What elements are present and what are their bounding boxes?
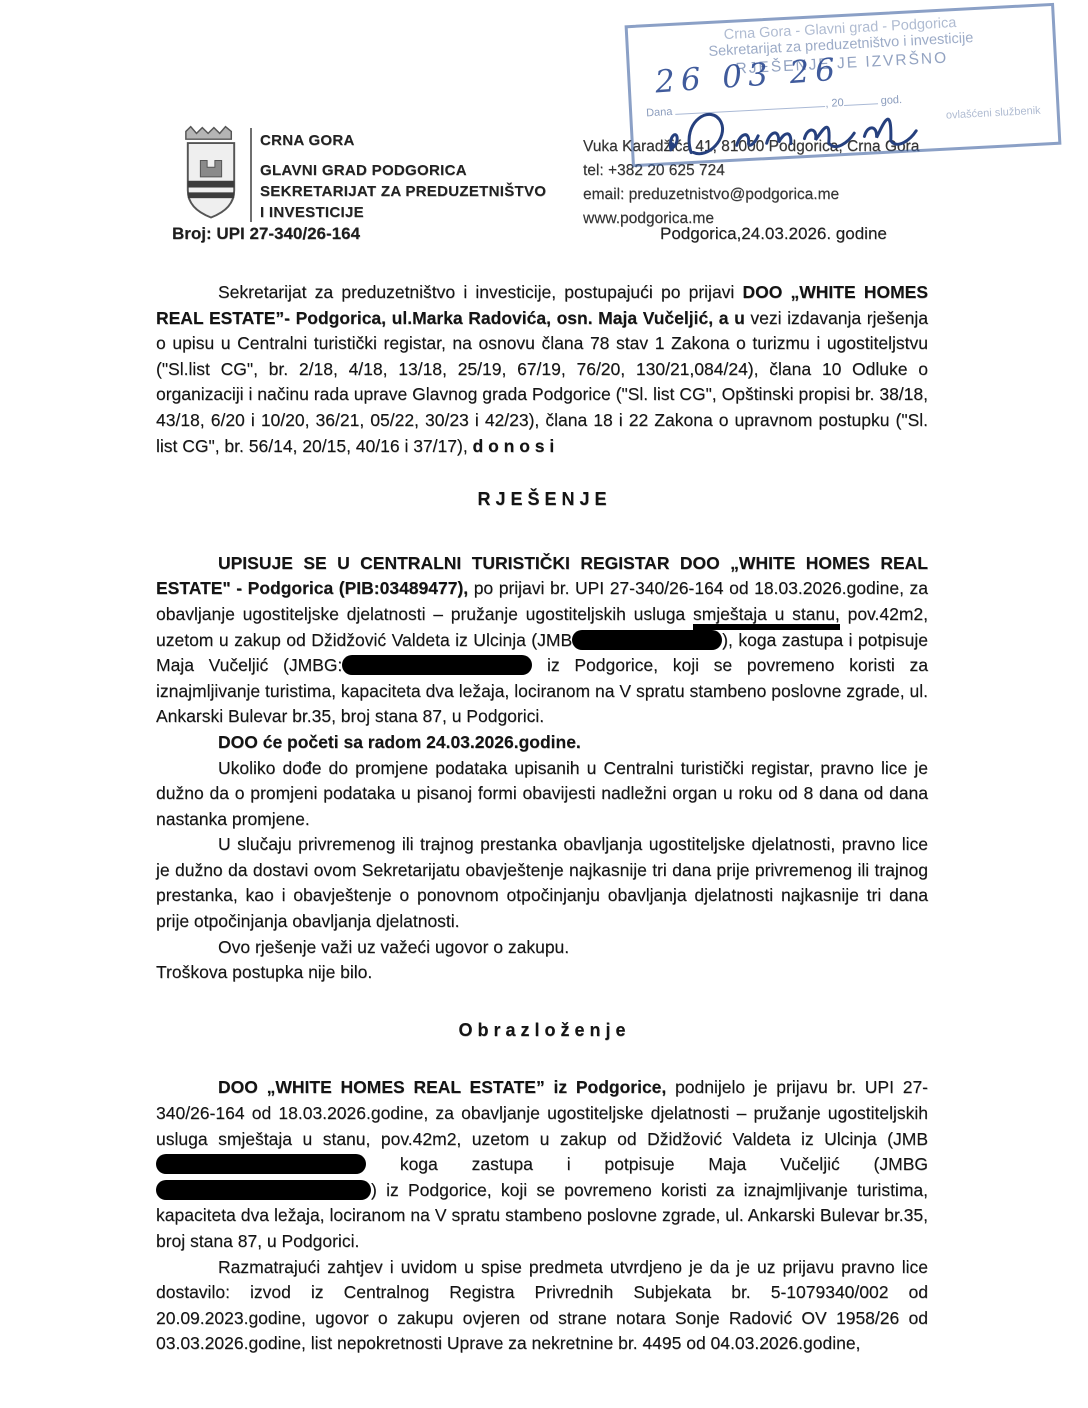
institution-block: CRNA GORA GLAVNI GRAD PODGORICA SEKRETAR… [260,130,546,223]
paragraph-upisuje: UPISUJE SE U CENTRALNI TURISTIČKI REGIST… [156,551,928,730]
heading-rjesenje: R J E Š E N J E [156,487,928,513]
redaction-bar [572,630,722,650]
stamp-year-underline [843,93,878,106]
text-segment: Ukoliko dođe do promjene podataka upisan… [156,758,928,829]
stamp-dana-label: Dana [646,106,673,119]
heading-obrazlozenje: O b r a z l o ž e n j e [156,1018,928,1044]
text-segment: smještaja u stanu, [693,604,840,630]
text-segment: d o n o s i [473,436,555,456]
coat-of-arms-icon [182,124,240,224]
text-segment: DOO će početi sa radom 24.03.2026.godine… [218,732,581,752]
stamp-date-underline [675,96,825,115]
stamp-god-prefix: , 20 [825,97,844,110]
paragraph-uslucaju: U slučaju privremenog ili trajnog presta… [156,832,928,934]
text-segment: Sekretarijat za preduzetništvo i investi… [218,282,743,302]
text-segment: Ovo rješenje važi uz važeći ugovor o zak… [218,937,569,957]
paragraph-ukoliko: Ukoliko dođe do promjene podataka upisan… [156,756,928,833]
document-body: Sekretarijat za preduzetništvo i investi… [156,280,928,1357]
paragraph-troskova: Troškova postupka nije bilo. [156,960,928,986]
country-name: CRNA GORA [260,130,546,151]
redaction-bar [156,1180,371,1200]
text-segment: vezi izdavanja rješenja o upisu u Centra… [156,308,928,456]
text-segment: DOO „WHITE HOMES REAL ESTATE” iz Podgori… [218,1077,666,1097]
stamp-officer-label: ovlašćeni službenik [946,105,1041,122]
intro-paragraph: Sekretarijat za preduzetništvo i investi… [156,280,928,459]
paragraph-obrazlozenje-2: Razmatrajući zahtjev i uvidom u spise pr… [156,1255,928,1357]
text-segment: koga zastupa i potpisuje Maja Vučeljić (… [366,1154,928,1174]
document-number: Broj: UPI 27-340/26-164 [172,224,360,244]
contact-email: email: preduzetnistvo@podgorica.me [583,183,919,207]
department-line1: SEKRETARIJAT ZA PREDUZETNIŠTVO [260,181,546,202]
text-segment: Troškova postupka nije bilo. [156,962,372,982]
paragraph-ovo-rjesenje: Ovo rješenje važi uz važeći ugovor o zak… [156,935,928,961]
city-name: GLAVNI GRAD PODGORICA [260,160,546,181]
paragraph-obrazlozenje-1: DOO „WHITE HOMES REAL ESTATE” iz Podgori… [156,1075,928,1254]
redaction-bar [156,1154,366,1174]
scanned-document-page: CRNA GORA GLAVNI GRAD PODGORICA SEKRETAR… [0,0,1088,1408]
place-date: Podgorica,24.03.2026. godine [660,224,887,244]
redaction-bar [342,655,532,675]
header-divider [250,128,252,222]
text-segment: U slučaju privremenog ili trajnog presta… [156,834,928,931]
stamp-god-label: god. [880,94,902,107]
paragraph-doo-pocetak: DOO će početi sa radom 24.03.2026.godine… [156,730,928,756]
text-segment: Razmatrajući zahtjev i uvidom u spise pr… [156,1257,928,1354]
department-line2: I INVESTICIJE [260,202,546,223]
